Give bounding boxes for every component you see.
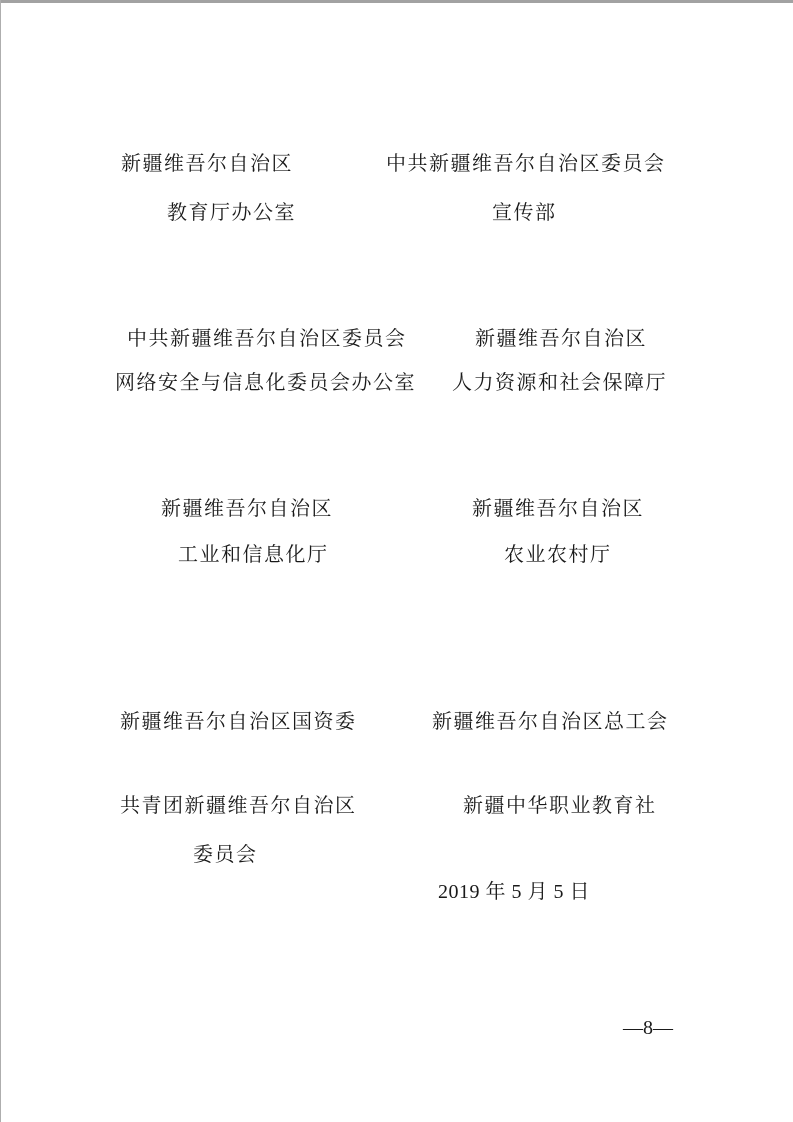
signer-org-row1-left-line2: 教育厅办公室 [167,201,296,225]
signer-org-row3-left-line1: 新疆维吾尔自治区 [161,497,333,521]
signer-org-row5-left-line2: 委员会 [193,843,258,867]
signer-org-row1-right-line1: 中共新疆维吾尔自治区委员会 [386,152,666,176]
page-top-border [0,0,793,3]
signer-org-row3-right-line1: 新疆维吾尔自治区 [472,497,644,521]
signer-org-row5-left-line1: 共青团新疆维吾尔自治区 [120,794,357,818]
signer-org-row5-right: 新疆中华职业教育社 [463,794,657,818]
signer-org-row1-left-line1: 新疆维吾尔自治区 [121,152,293,176]
signer-org-row2-left-line1: 中共新疆维吾尔自治区委员会 [127,327,407,351]
signer-org-row3-right-line2: 农业农村厅 [504,543,612,567]
document-date: 2019 年 5 月 5 日 [438,880,590,904]
signer-org-row2-right-line2: 人力资源和社会保障厅 [452,371,667,395]
page-left-border [0,0,1,1122]
signer-org-row1-right-line2: 宣传部 [492,201,557,225]
signer-org-row4-left: 新疆维吾尔自治区国资委 [120,710,357,734]
page-number: —8— [623,1016,673,1040]
signer-org-row2-left-line2: 网络安全与信息化委员会办公室 [115,371,416,395]
signer-org-row2-right-line1: 新疆维吾尔自治区 [475,327,647,351]
signer-org-row3-left-line2: 工业和信息化厅 [178,543,329,567]
signer-org-row4-right: 新疆维吾尔自治区总工会 [432,710,669,734]
document-page: 新疆维吾尔自治区 教育厅办公室 中共新疆维吾尔自治区委员会 宣传部 中共新疆维吾… [0,0,793,1122]
